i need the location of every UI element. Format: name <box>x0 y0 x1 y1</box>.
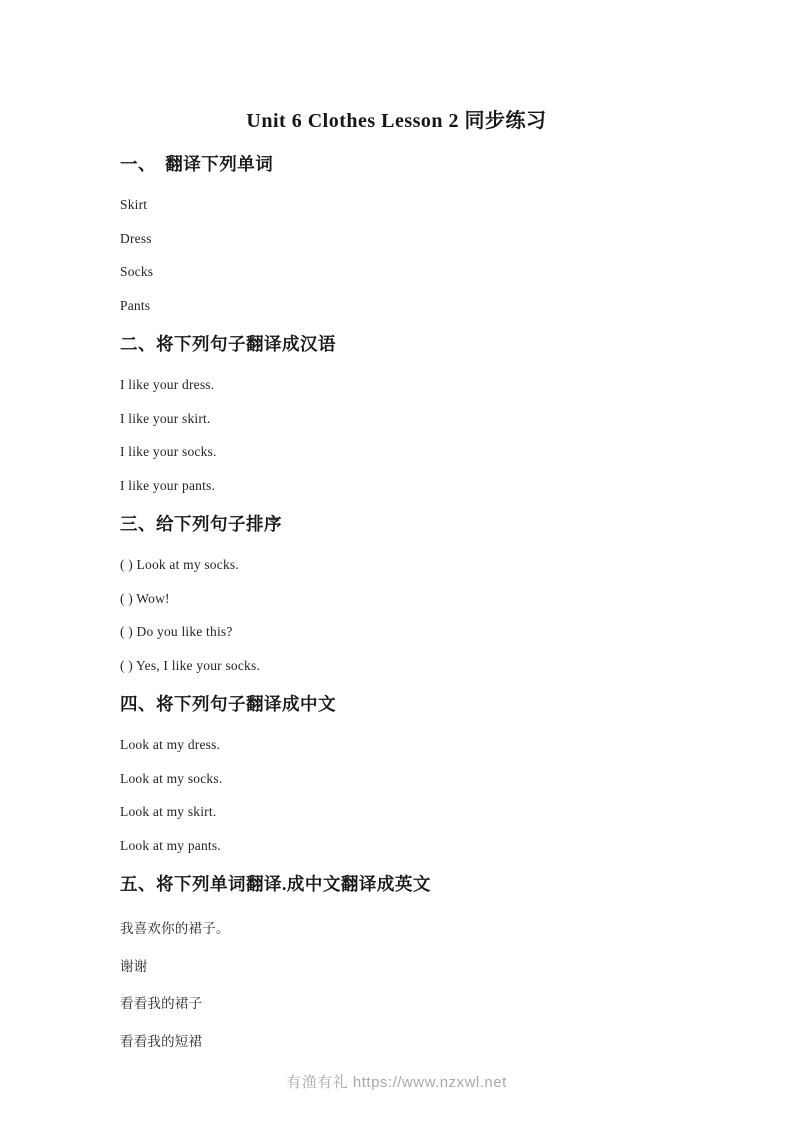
worksheet-line: Look at my socks. <box>120 771 673 787</box>
section-translate-both-ways: 五、将下列单词翻译.成中文翻译成英文 我喜欢你的裙子。 谢谢 看看我的裙子 看看… <box>120 871 673 1050</box>
worksheet-line: I like your dress. <box>120 377 673 393</box>
section-translate-to-chinese: 二、将下列句子翻译成汉语 I like your dress. I like y… <box>120 331 673 494</box>
worksheet-line: Look at my skirt. <box>120 804 673 820</box>
worksheet-line: 看看我的短裙 <box>120 1030 673 1050</box>
worksheet-line: Skirt <box>120 197 673 213</box>
worksheet-line: Dress <box>120 231 673 247</box>
worksheet-line: ( ) Wow! <box>120 591 673 607</box>
worksheet-line: ( ) Do you like this? <box>120 624 673 640</box>
section-heading: 三、给下列句子排序 <box>120 511 673 536</box>
worksheet-line: Pants <box>120 298 673 314</box>
section-heading: 一、 翻译下列单词 <box>120 151 673 176</box>
worksheet-line: Look at my pants. <box>120 838 673 854</box>
section-translate-words: 一、 翻译下列单词 Skirt Dress Socks Pants <box>120 151 673 314</box>
worksheet-line: 我喜欢你的裙子。 <box>120 917 673 937</box>
section-heading: 五、将下列单词翻译.成中文翻译成英文 <box>120 871 673 896</box>
footer-watermark: 有渔有礼 https://www.nzxwl.net <box>0 1071 793 1092</box>
worksheet-line: I like your skirt. <box>120 411 673 427</box>
worksheet-line: I like your pants. <box>120 478 673 494</box>
section-translate-sentences: 四、将下列句子翻译成中文 Look at my dress. Look at m… <box>120 691 673 854</box>
worksheet-line: ( ) Yes, I like your socks. <box>120 658 673 674</box>
worksheet-line: I like your socks. <box>120 444 673 460</box>
worksheet-line: ( ) Look at my socks. <box>120 557 673 573</box>
worksheet-line: Socks <box>120 264 673 280</box>
section-heading: 二、将下列句子翻译成汉语 <box>120 331 673 356</box>
section-heading: 四、将下列句子翻译成中文 <box>120 691 673 716</box>
worksheet-page: Unit 6 Clothes Lesson 2 同步练习 一、 翻译下列单词 S… <box>0 0 793 1122</box>
worksheet-line: Look at my dress. <box>120 737 673 753</box>
doc-title: Unit 6 Clothes Lesson 2 同步练习 <box>120 104 673 133</box>
worksheet-line: 看看我的裙子 <box>120 992 673 1012</box>
section-order-sentences: 三、给下列句子排序 ( ) Look at my socks. ( ) Wow!… <box>120 511 673 674</box>
worksheet-line: 谢谢 <box>120 955 673 975</box>
